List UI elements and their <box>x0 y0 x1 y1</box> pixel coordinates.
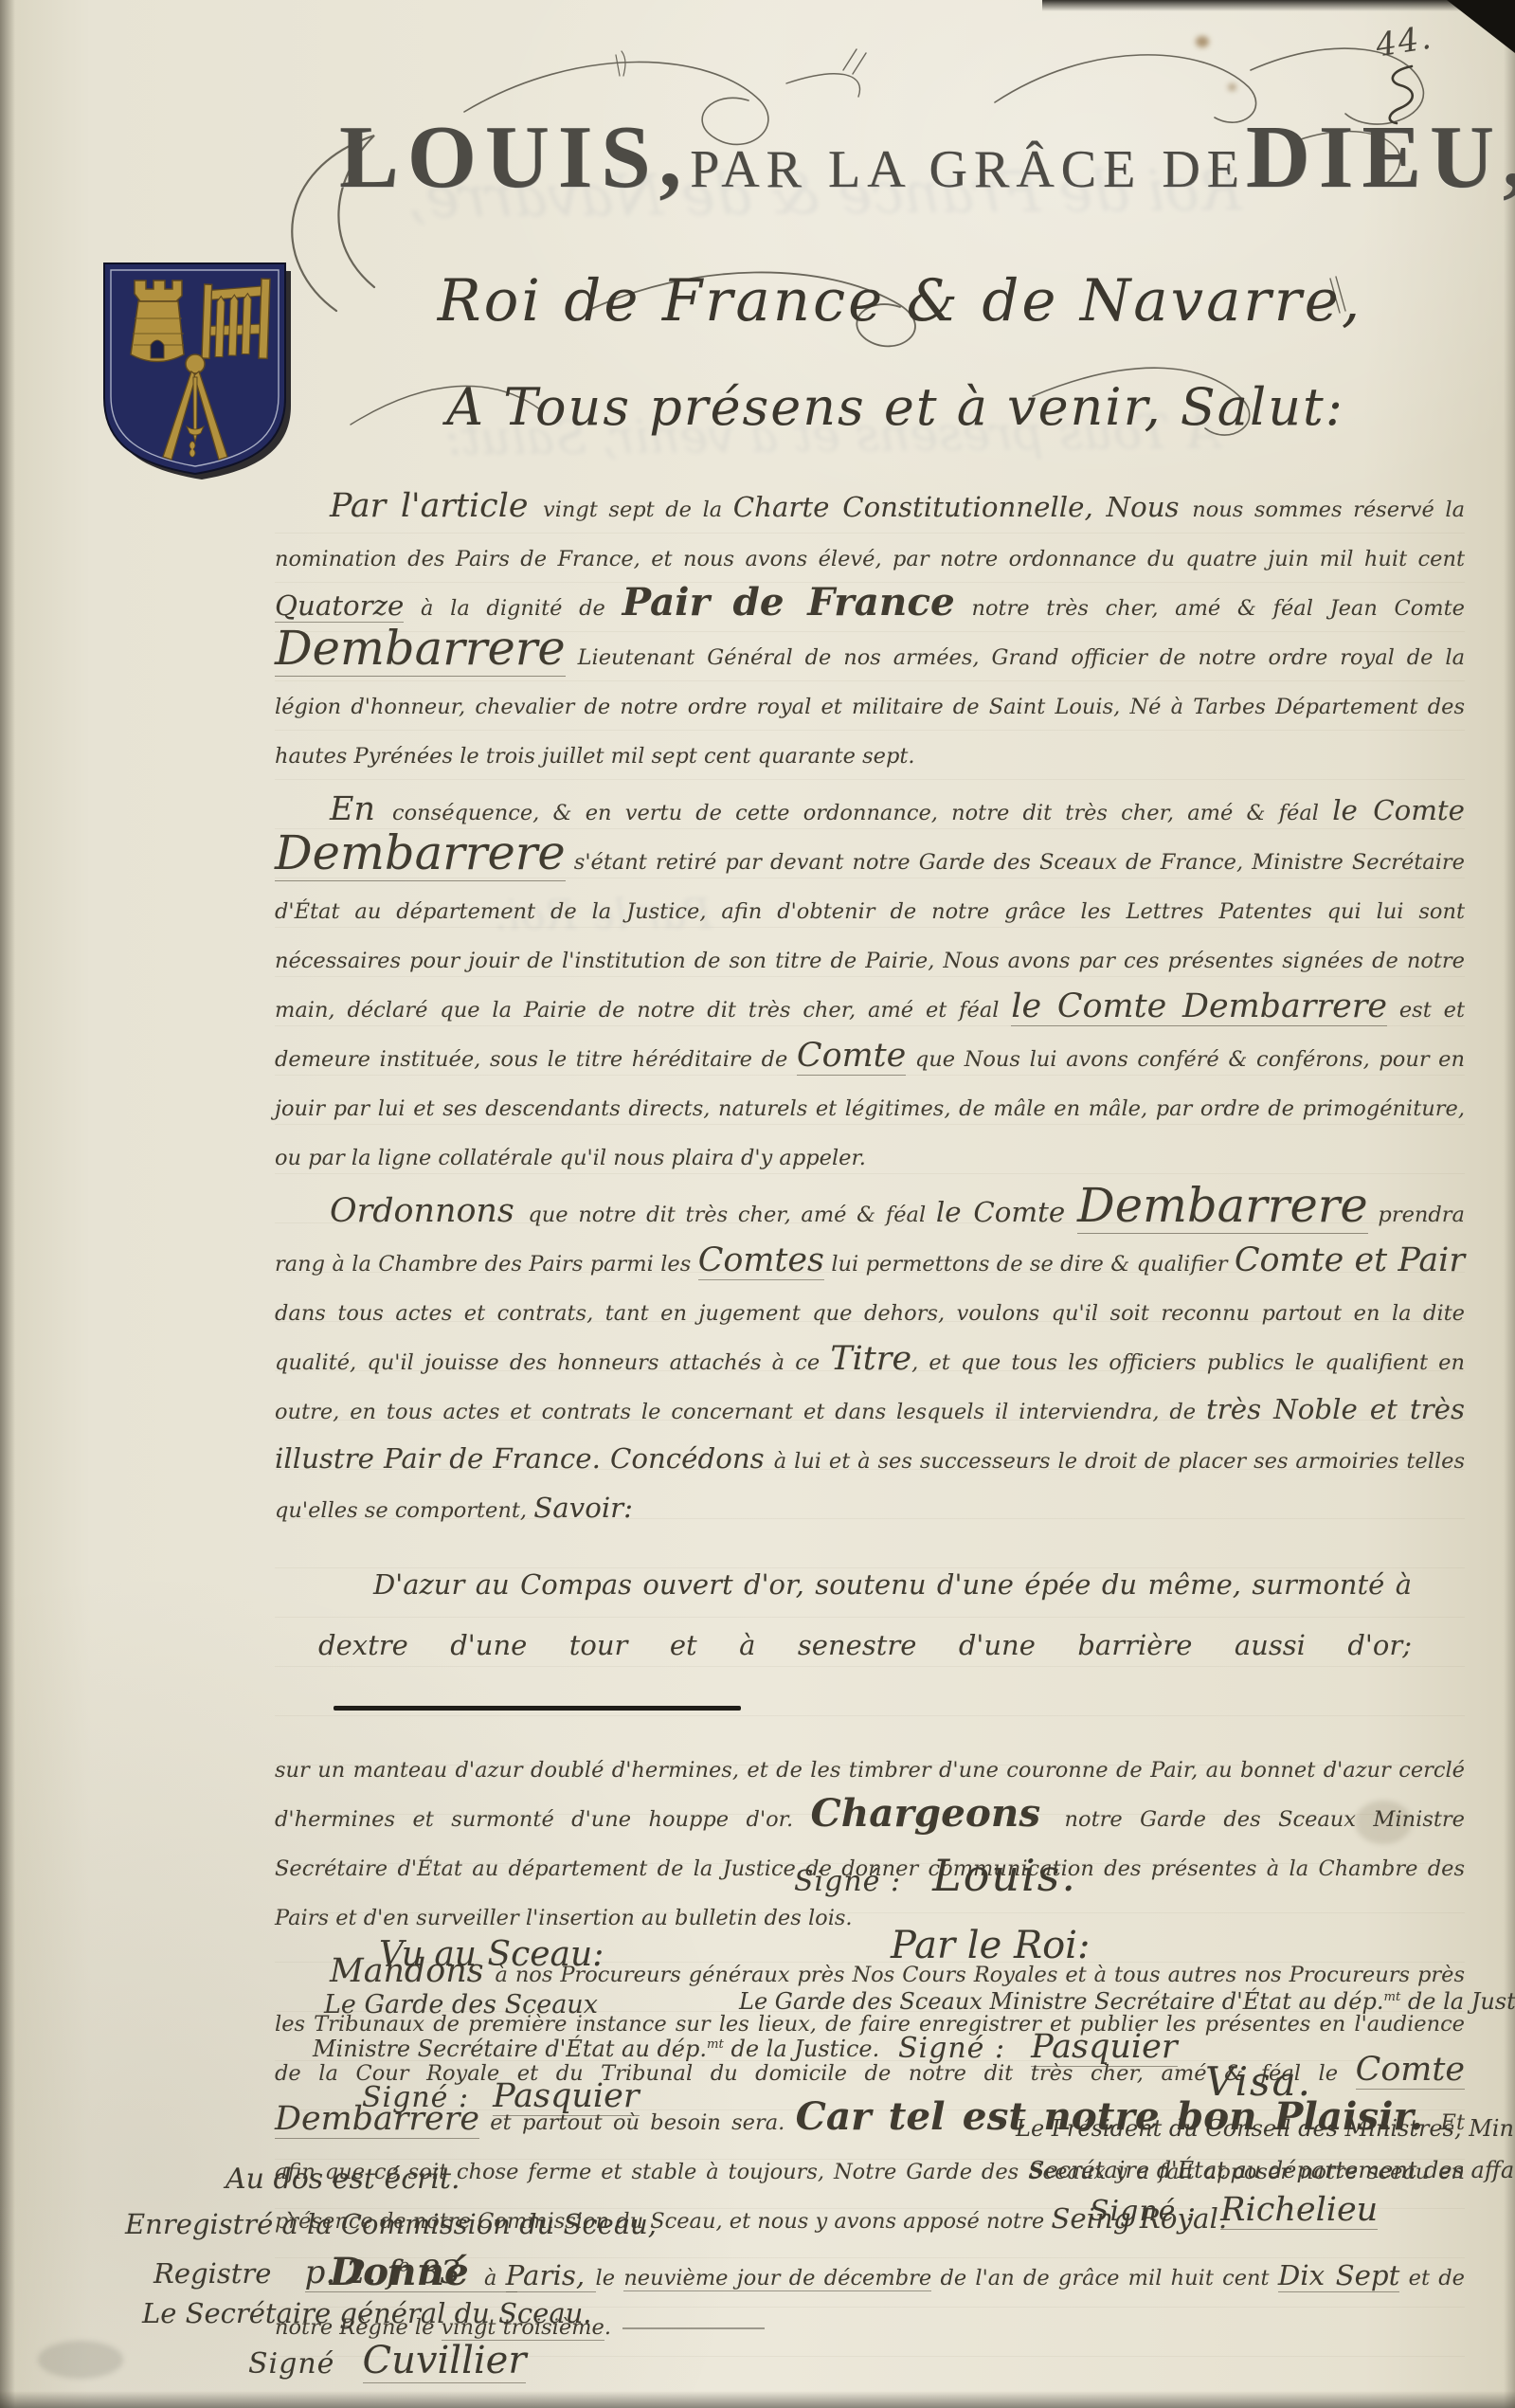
enregistre-line: Enregistré à la Commission du Sceau, <box>125 2208 657 2240</box>
president-conseil-line: Le Président du Conseil des Ministres, M… <box>1016 2115 1515 2142</box>
page-edge-left <box>0 0 15 2408</box>
manuscript-page: 44. LOUIS, PAR LA GRÂCE DE DIEU, Roi de … <box>0 0 1515 2408</box>
text-run: de la Justice. <box>724 2036 879 2062</box>
text-run: à la dignité de <box>404 596 622 621</box>
text-run: conséquence, & en vertu de cette ordonna… <box>392 801 1332 825</box>
text-run: Ministre Secrétaire d'État au dép. <box>313 2036 707 2062</box>
lead-par-larticle: Par l'article <box>330 487 543 525</box>
superscript: mt <box>707 2037 724 2052</box>
lead-en: En <box>330 790 392 828</box>
titre-comte: Comte <box>797 1037 906 1076</box>
text-run: vingt sept de la <box>543 498 733 522</box>
secretaire-general-line: Le Secrétaire général du Sceau. <box>142 2297 592 2329</box>
text-run: p. 2. f <box>305 2254 399 2291</box>
page-edge-top <box>1042 0 1515 11</box>
signe-label: Signé : <box>898 2032 1005 2065</box>
savoir: Savoir: <box>533 1492 633 1524</box>
au-dos-line: Au dos est écrit. <box>225 2163 460 2196</box>
garde-sceaux-justice-line: Le Garde des Sceaux Ministre Secrétaire … <box>739 1988 1515 2015</box>
affaires-etrangeres-line: Secrétaire d'État au département des aff… <box>1029 2157 1515 2183</box>
royal-style-line: Roi de France & de Navarre, <box>398 267 1402 335</box>
page-edge-bottom <box>0 2391 1515 2408</box>
text-run: que notre dit très cher, amé & féal <box>528 1203 935 1227</box>
nous: Nous <box>1106 491 1192 523</box>
paragraph-consequence: En conséquence, & en vertu de cette ordo… <box>275 788 1465 1183</box>
right-signature-line: Signé : Pasquier <box>898 2028 1178 2066</box>
signature-richelieu: Richelieu <box>1220 2191 1378 2230</box>
paragraph-preamble: Par l'article vingt sept de la Charte Co… <box>275 485 1465 781</box>
charte-constitutionnelle: Charte Constitutionnelle, <box>733 491 1107 523</box>
comte-et-pair: Comte et Pair <box>1235 1241 1465 1279</box>
text-run: lui permettons de se dire & qualifier <box>824 1252 1235 1276</box>
signe-label: Signé : <box>794 1865 901 1898</box>
signature-pasquier: Pasquier <box>493 2077 639 2116</box>
date-quatorze: Quatorze <box>275 589 404 623</box>
text-run: . <box>604 2315 611 2340</box>
signe-label: Signé <box>248 2347 334 2381</box>
registre-reference: p. 2. fo 83 <box>305 2254 518 2292</box>
cuvillier-signature-line: Signé Cuvillier <box>248 2339 526 2382</box>
name-dembarrere: Dembarrere <box>1077 1178 1368 1234</box>
royal-signature-line: Signé : Louis. <box>794 1850 1077 1901</box>
name-dembarrere: Dembarrere <box>275 621 566 677</box>
signe-label: Signé : <box>1090 2195 1197 2228</box>
salutation-line: A Tous présens et à venir, Salut: <box>379 377 1412 437</box>
titre: Titre <box>830 1340 911 1378</box>
title-dieu: DIEU, <box>1246 106 1515 208</box>
lead-ordonnons: Ordonnons <box>330 1192 528 1230</box>
text-run: de la Justice. <box>1400 1988 1515 2015</box>
pair-de-france: Pair de France <box>622 579 955 625</box>
signature-louis: Louis. <box>932 1850 1077 1901</box>
text-run: 83 <box>409 2254 460 2291</box>
superscript: mt <box>1383 1990 1400 2004</box>
page-corner-clip <box>1447 0 1515 53</box>
text-run: notre très cher, amé & féal Jean Comte <box>955 596 1465 621</box>
date-filler-rule <box>622 2327 765 2329</box>
date-day: neuvième jour de décembre <box>623 2266 931 2291</box>
date-year: Dix Sept <box>1278 2259 1400 2292</box>
ministre-justice-line: Ministre Secrétaire d'État au dép.mt de … <box>313 2036 879 2062</box>
signature-pasquier: Pasquier <box>1031 2028 1177 2067</box>
comtes: Comtes <box>698 1241 824 1280</box>
paragraph-manteau: sur un manteau d'azur doublé d'hermines,… <box>275 1746 1465 1943</box>
tower-icon <box>131 281 184 362</box>
superscript: o <box>399 2256 409 2276</box>
text-run: de l'an de grâce mil huit cent <box>931 2266 1278 2290</box>
vu-au-sceau-heading: Vu au Sceau: <box>379 1935 604 1974</box>
document-title: LOUIS, PAR LA GRÂCE DE DIEU, <box>339 106 1385 208</box>
paris: Paris, <box>506 2259 596 2292</box>
le-comte-dembarrere: le Comte Dembarrere <box>1011 987 1387 1026</box>
le-comte: le Comte <box>1332 794 1465 826</box>
title-middle: PAR LA GRÂCE DE <box>690 139 1246 200</box>
concedons: Concédons <box>610 1442 774 1475</box>
garde-des-sceaux-line: Le Garde des Sceaux <box>324 1990 598 2019</box>
left-signature-line: Signé : Pasquier <box>362 2077 640 2115</box>
paragraph-ordonnons: Ordonnons que notre dit très cher, amé &… <box>275 1190 1465 1535</box>
text-run: Le Garde des Sceaux Ministre Secrétaire … <box>739 1988 1383 2015</box>
visa-signature-line: Signé : Richelieu <box>1090 2191 1378 2229</box>
name-dembarrere: Dembarrere <box>275 825 566 881</box>
coat-of-arms <box>93 256 299 487</box>
paragraph-blazon: D'azur au Compas ouvert d'or, soutenu d'… <box>275 1554 1412 1736</box>
par-le-roi-heading: Par le Roi: <box>891 1924 1090 1967</box>
registre-label: Registre <box>153 2257 271 2290</box>
registre-line: Registre p. 2. fo 83 <box>153 2254 517 2291</box>
signature-cuvillier: Cuvillier <box>363 2339 527 2383</box>
text-run: le <box>596 2266 624 2290</box>
signe-label: Signé : <box>362 2081 469 2114</box>
blazon-filler-rule <box>334 1706 741 1711</box>
le-comte: le Comte <box>936 1196 1077 1228</box>
blazon-text: D'azur au Compas ouvert d'or, soutenu d'… <box>318 1568 1412 1661</box>
smudge <box>38 2341 123 2379</box>
page-edge-right <box>1504 0 1515 2408</box>
lead-chargeons: Chargeons <box>811 1790 1065 1836</box>
title-louis: LOUIS, <box>339 106 690 208</box>
visa-heading: Visa. <box>1205 2058 1312 2105</box>
